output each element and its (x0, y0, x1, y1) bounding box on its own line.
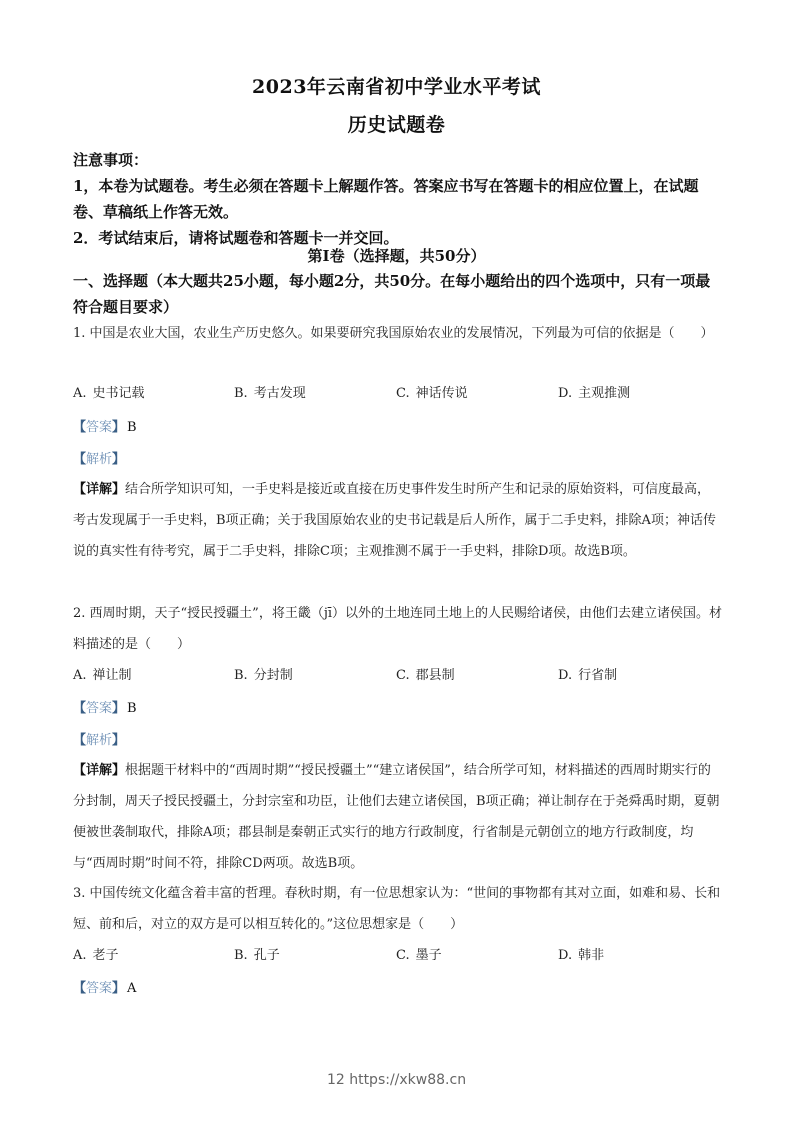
option-d: D.韩非 (558, 944, 604, 963)
analysis-label: 【解析】 (73, 729, 125, 748)
question-options: A.禅让制 B.分封制 C.郡县制 D.行省制 (73, 664, 723, 690)
question-options: A.老子 B.孔子 C.墨子 D.韩非 (73, 944, 723, 970)
notes-heading: 注意事项： (73, 147, 723, 173)
option-a: A.老子 (73, 944, 119, 963)
option-b: B.分封制 (234, 664, 293, 683)
page-footer: 12 https://xkw88.cn (0, 1072, 793, 1088)
exam-page: 2023年云南省初中学业水平考试 历史试题卷 注意事项： 1，本卷为试题卷。考生… (0, 0, 793, 1122)
answer-value: B (127, 701, 137, 716)
question-stem: 2. 西周时期，天子“授民授疆土”，将王畿（jī）以外的土地连同土地上的人民赐给… (73, 598, 723, 660)
answer-label: 【答案】A (73, 977, 136, 996)
section-heading: 第I卷（选择题，共50分） (0, 245, 793, 267)
option-b: B.考古发现 (234, 382, 306, 401)
option-c: C.郡县制 (396, 664, 455, 683)
analysis-label: 【解析】 (73, 448, 125, 467)
document-title: 2023年云南省初中学业水平考试 (0, 72, 793, 99)
answer-value: B (127, 420, 137, 435)
question-options: A.史书记载 B.考古发现 C.神话传说 D.主观推测 (73, 382, 723, 408)
document-subtitle: 历史试题卷 (0, 110, 793, 137)
notes-section: 注意事项： 1，本卷为试题卷。考生必须在答题卡上解题作答。答案应书写在答题卡的相… (73, 147, 723, 251)
note-item: 1，本卷为试题卷。考生必须在答题卡上解题作答。答案应书写在答题卡的相应位置上，在… (73, 173, 723, 225)
option-b: B.孔子 (234, 944, 280, 963)
option-d: D.行省制 (558, 664, 617, 683)
option-d: D.主观推测 (558, 382, 630, 401)
answer-value: A (127, 981, 136, 996)
detail-explanation: 【详解】结合所学知识可知，一手史料是接近或直接在历史事件发生时所产生和记录的原始… (73, 474, 723, 567)
option-c: C.墨子 (396, 944, 442, 963)
question-stem: 1. 中国是农业大国，农业生产历史悠久。如果要研究我国原始农业的发展情况，下列最… (73, 318, 723, 349)
answer-label: 【答案】B (73, 697, 137, 716)
option-c: C.神话传说 (396, 382, 468, 401)
detail-explanation: 【详解】根据题干材料中的“西周时期”“授民授疆土”“建立诸侯国”，结合所学可知，… (73, 755, 723, 879)
answer-label: 【答案】B (73, 416, 137, 435)
question-stem: 3. 中国传统文化蕴含着丰富的哲理。春秋时期，有一位思想家认为：“世间的事物都有… (73, 878, 723, 940)
option-a: A.史书记载 (73, 382, 145, 401)
option-a: A.禅让制 (73, 664, 132, 683)
part-heading: 一、选择题（本大题共25小题，每小题2分，共50分。在每小题给出的四个选项中，只… (73, 268, 723, 320)
